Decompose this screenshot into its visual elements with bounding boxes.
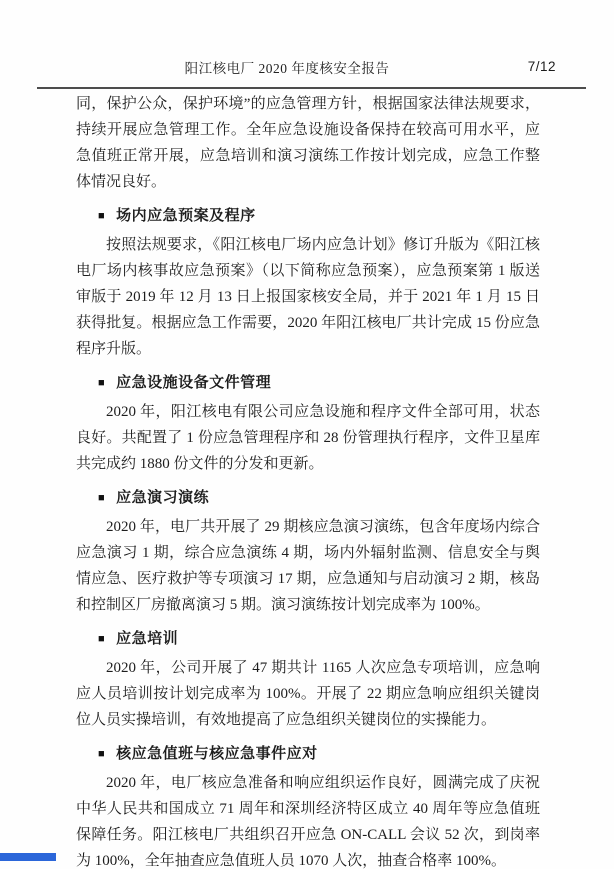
section-heading: ■应急设施设备文件管理	[98, 370, 540, 397]
section-facility-document-management: ■应急设施设备文件管理 2020 年，阳江核电有限公司应急设施和程序文件全部可用…	[76, 370, 540, 477]
square-bullet-icon: ■	[98, 485, 105, 511]
header-divider	[37, 87, 586, 89]
section-heading: ■场内应急预案及程序	[98, 203, 540, 230]
paragraph: 按照法规要求，《阳江核电厂场内应急计划》修订升版为《阳江核电厂场内核事故应急预案…	[76, 232, 540, 362]
paragraph: 2020 年，公司开展了 47 期共计 1165 人次应急专项培训，应急响应人员…	[76, 655, 540, 733]
section-heading-label: 核应急值班与核应急事件应对	[116, 746, 318, 762]
section-heading: ■应急演习演练	[98, 485, 540, 512]
document-body: 同，保护公众，保护环境”的应急管理方针，根据国家法律法规要求，持续开展应急管理工…	[76, 91, 540, 869]
section-emergency-duty-and-response: ■核应急值班与核应急事件应对 2020 年，电厂核应急准备和响应组织运作良好，圆…	[76, 741, 540, 869]
document-page: 阳江核电厂 2020 年度核安全报告 7/12 同，保护公众，保护环境”的应急管…	[0, 0, 614, 869]
section-emergency-drills: ■应急演习演练 2020 年，电厂共开展了 29 期核应急演习演练，包含年度场内…	[76, 485, 540, 618]
paragraph: 2020 年，电厂核应急准备和响应组织运作良好，圆满完成了庆祝中华人民共和国成立…	[76, 770, 540, 869]
square-bullet-icon: ■	[98, 370, 105, 396]
bottom-left-blue-bar	[0, 853, 56, 861]
document-title: 阳江核电厂 2020 年度核安全报告	[0, 57, 574, 77]
section-heading-label: 应急演习演练	[116, 490, 209, 506]
square-bullet-icon: ■	[98, 741, 105, 767]
section-onsite-emergency-plan: ■场内应急预案及程序 按照法规要求，《阳江核电厂场内应急计划》修订升版为《阳江核…	[76, 203, 540, 362]
section-emergency-training: ■应急培训 2020 年，公司开展了 47 期共计 1165 人次应急专项培训，…	[76, 626, 540, 733]
paragraph-continuation: 同，保护公众，保护环境”的应急管理方针，根据国家法律法规要求，持续开展应急管理工…	[76, 91, 540, 195]
section-heading-label: 场内应急预案及程序	[116, 208, 256, 224]
section-heading-label: 应急设施设备文件管理	[116, 375, 271, 391]
page-number: 7/12	[528, 59, 556, 74]
section-heading-label: 应急培训	[116, 631, 178, 647]
paragraph: 2020 年，阳江核电有限公司应急设施和程序文件全部可用，状态良好。共配置了 1…	[76, 399, 540, 477]
section-heading: ■核应急值班与核应急事件应对	[98, 741, 540, 768]
paragraph: 2020 年，电厂共开展了 29 期核应急演习演练，包含年度场内综合应急演习 1…	[76, 514, 540, 618]
section-heading: ■应急培训	[98, 626, 540, 653]
square-bullet-icon: ■	[98, 626, 105, 652]
square-bullet-icon: ■	[98, 203, 105, 229]
